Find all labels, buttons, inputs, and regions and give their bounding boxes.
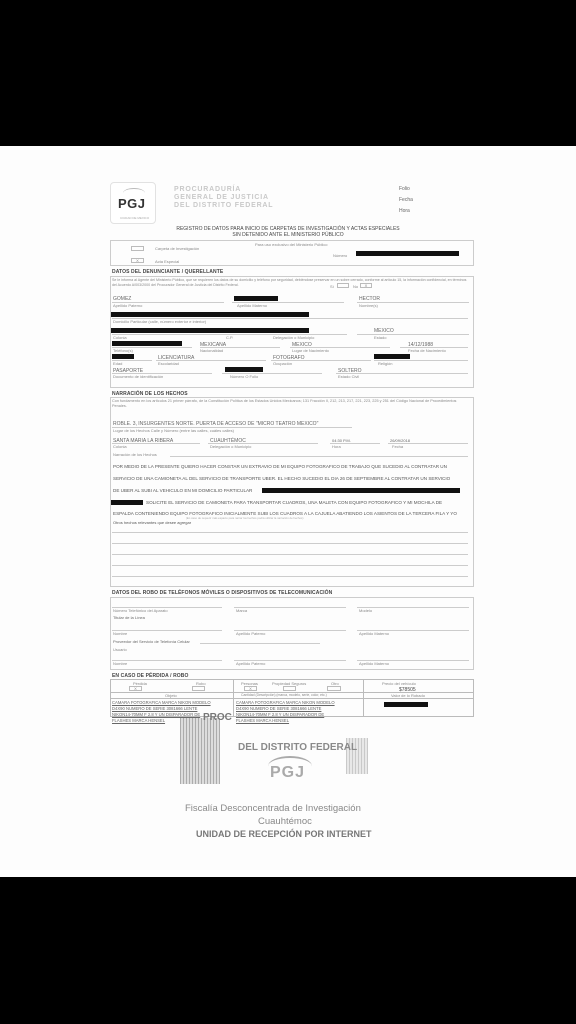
propiedad-checkbox[interactable] — [283, 686, 296, 691]
field-line — [234, 607, 346, 608]
stamp-smudge — [180, 718, 220, 784]
blank-line — [112, 576, 468, 577]
hechos-delegacion-label: Delegación o Municipio — [210, 444, 251, 449]
hechos-hora-label: Hora — [332, 444, 341, 449]
row-divider — [110, 698, 474, 699]
apellido-materno-label: Apellido Materno — [237, 303, 267, 308]
blank-line — [112, 554, 468, 555]
numero-folio-label: Número O Folio — [230, 374, 258, 379]
confidential-si-checkbox[interactable] — [337, 283, 349, 288]
confidential-no-label: No — [353, 284, 358, 289]
holder-paterno-label: Apellido Paterno — [236, 631, 265, 636]
hechos-fecha-label: Fecha — [392, 444, 403, 449]
redacted-domicilio — [111, 312, 309, 317]
redacted-numero — [356, 251, 459, 256]
field-line — [200, 643, 320, 644]
acta-especial-checkbox[interactable]: X — [131, 258, 144, 263]
description-line: FLASHES MARCA HENSEL — [236, 718, 335, 724]
org-line: GENERAL DE JUSTICIA — [174, 194, 273, 202]
nacionalidad-label: Nacionalidad — [200, 348, 223, 353]
redacted-value — [384, 702, 428, 707]
holder-label: Titular de la Línea — [113, 615, 145, 620]
nombre-label: Nombre(s) — [359, 303, 378, 308]
field-line — [112, 660, 222, 661]
hora-label: Hora — [399, 208, 410, 214]
pgj-logo: PGJ CIUDAD DE MEXICO — [110, 182, 156, 224]
blank-line — [112, 532, 468, 533]
confidential-si-label: Sí — [330, 284, 334, 289]
fecha-nacimiento-label: Fecha de Nacimiento — [408, 348, 446, 353]
section-complainant-title: DATOS DEL DENUNCIANTE / QUERELLANTE — [112, 269, 223, 275]
narration-line: SERVICIO DE UNA CAMIONETA AL DEL SERVICI… — [113, 476, 469, 481]
redacted-religion — [374, 354, 410, 359]
colonia-label: Colonia — [113, 335, 127, 340]
perdida-checkbox[interactable]: X — [129, 686, 142, 691]
redacted-narration-name — [111, 500, 143, 505]
organization-name: PROCURADURÍA GENERAL DE JUSTICIA DEL DIS… — [174, 186, 273, 210]
stamp-line-3: Cuauhtémoc — [258, 816, 312, 827]
carpeta-checkbox[interactable] — [131, 246, 144, 251]
field-line — [357, 607, 469, 608]
estado-civil-label: Estado Civil — [338, 374, 359, 379]
narration-label: Narración de los Hechos — [113, 452, 157, 457]
folio-label: Folio — [399, 186, 410, 192]
redacted-apellido-materno — [234, 296, 278, 301]
blank-line — [112, 543, 468, 544]
personas-checkbox[interactable]: X — [244, 686, 257, 691]
documento-label: Documento de identificación — [113, 374, 163, 379]
redacted-edad — [112, 354, 134, 359]
redacted-narration-address — [262, 488, 460, 493]
acta-especial-label: Acta Especial — [155, 259, 179, 264]
description-cell: CAMARA FOTOGRAFICA MARCA NIKON MODELO D4… — [236, 700, 335, 724]
org-line: PROCURADURÍA — [174, 186, 273, 194]
section-telecom-title: DATOS DEL ROBO DE TELÉFONOS MÓVILES O DI… — [112, 590, 332, 596]
col-value-label: Valor de lo Robado — [391, 693, 425, 698]
redacted-telefono — [112, 341, 182, 346]
telecom-marca-label: Marca — [236, 608, 247, 613]
org-line: DEL DISTRITO FEDERAL — [174, 202, 273, 210]
redacted-numero-folio — [225, 367, 263, 372]
domicilio-label: Domicilio Particular (calle, número exte… — [113, 319, 206, 324]
stamp-logo: PGJ — [270, 764, 305, 782]
user-label: Usuario — [113, 647, 127, 652]
legal-basis-text: Con fundamento en los artículos 21 prime… — [112, 399, 472, 408]
logo-text: PGJ — [118, 196, 146, 211]
confidential-no-checkbox[interactable]: X — [360, 283, 372, 288]
narration-fine-note: (En caso de requerir más espacio para na… — [186, 516, 303, 521]
numero-label: Número — [333, 253, 347, 258]
place-label: Lugar de los Hechos Calle y Número (entr… — [113, 428, 234, 433]
field-line — [112, 630, 222, 631]
narration-line: SOLICITE EL SERVICIO DE CAMIONETA PARA T… — [146, 500, 466, 505]
holder-nombre-label: Nombre — [113, 631, 127, 636]
religion-label: Religión — [378, 361, 392, 366]
confidentiality-notice: Se le informa al Agente del Ministerio P… — [112, 278, 472, 287]
user-nombre-label: Nombre — [113, 661, 127, 666]
estado-label: Estado — [374, 335, 386, 340]
provider-label: Proveedor del Servicio de Telefonía Celu… — [113, 639, 190, 644]
stamp-top-partial: PROC — [203, 712, 232, 723]
stamp-line-1: DEL DISTRITO FEDERAL — [238, 742, 357, 753]
ocupacion-label: Ocupación — [273, 361, 292, 366]
escolaridad-label: Escolaridad — [158, 361, 179, 366]
telecom-modelo-label: Modelo — [359, 608, 372, 613]
form-title-line2: SIN DETENIDO ANTE EL MINISTERIO PÚBLICO — [0, 232, 576, 238]
telecom-phone-label: Número Telefónico del Aparato — [113, 608, 168, 613]
user-materno-label: Apellido Materno — [359, 661, 389, 666]
carpeta-label: Carpeta de Investigación — [155, 246, 199, 251]
user-paterno-label: Apellido Paterno — [236, 661, 265, 666]
logo-subtext: CIUDAD DE MEXICO — [120, 216, 149, 220]
stamp-line-4: UNIDAD DE RECEPCIÓN POR INTERNET — [196, 829, 372, 839]
telefono-label: Teléfono(s) — [113, 348, 133, 353]
redacted-colonia — [111, 328, 309, 333]
hechos-colonia-label: Colonia — [113, 444, 127, 449]
narration-line: POR MEDIO DE LA PRESENTE QUIERO HACER CO… — [113, 464, 469, 469]
apellido-paterno-label: Apellido Paterno — [113, 303, 142, 308]
holder-materno-label: Apellido Materno — [359, 631, 389, 636]
blank-line — [112, 565, 468, 566]
cp-label: C.P. — [226, 335, 233, 340]
lugar-nacimiento-label: Lugar de Nacimiento — [292, 348, 329, 353]
fecha-label: Fecha — [399, 197, 413, 203]
amount-label: Precio del vehículo — [382, 681, 416, 686]
field-line — [170, 456, 468, 457]
col-quantity-label: Cantidad (Descripción) (marca, modelo, s… — [241, 693, 327, 698]
otro-checkbox[interactable] — [327, 686, 341, 691]
other-facts-label: Otros hechos relevantes que desee agrega… — [113, 520, 191, 525]
exclusive-use-label: Para uso exclusivo del Ministerio Públic… — [255, 242, 327, 247]
col-object-label: Objeto — [165, 693, 177, 698]
stamp-line-2: Fiscalía Desconcentrada de Investigación — [185, 803, 361, 814]
robo-checkbox[interactable] — [192, 686, 205, 691]
scanned-document-page: PGJ CIUDAD DE MEXICO PROCURADURÍA GENERA… — [0, 146, 576, 877]
edad-label: Edad — [113, 361, 122, 366]
delegacion-label: Delegación o Municipio — [273, 335, 314, 340]
